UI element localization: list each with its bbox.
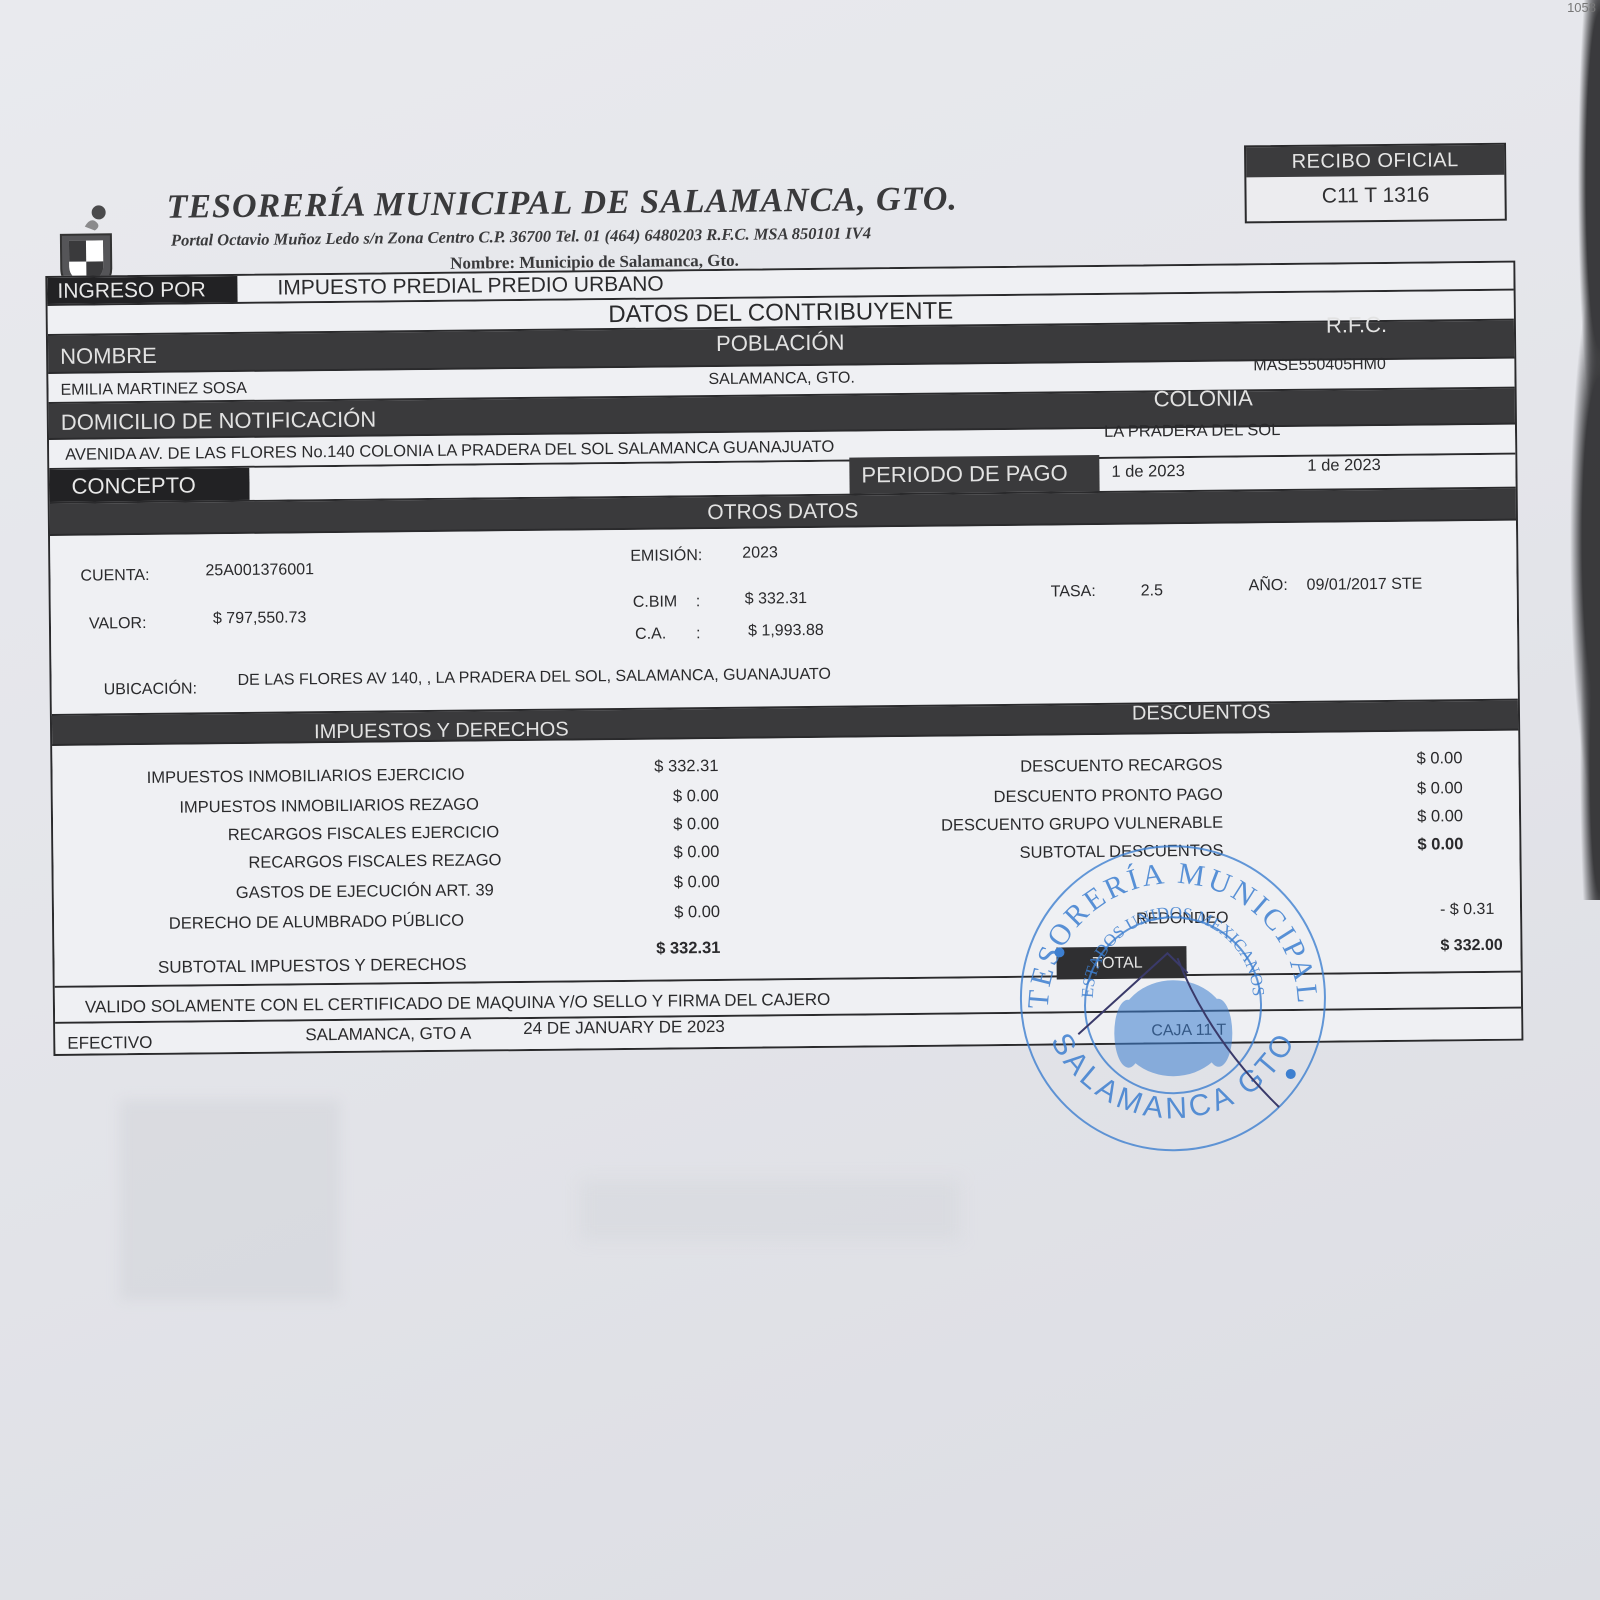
ingreso-label: INGRESO POR [47,276,237,304]
descuento-item-amount: $ 0.00 [1382,749,1462,769]
issuer-title: TESORERÍA MUNICIPAL DE SALAMANCA, GTO. [166,180,958,226]
ubicacion-value: DE LAS FLORES AV 140, , LA PRADERA DEL S… [237,666,831,690]
emision-label: EMISIÓN: [630,547,702,566]
descuento-item-amount: $ 0.00 [1383,807,1463,827]
nombre-value: EMILIA MARTINEZ SOSA [60,380,247,400]
bleed-through-text [580,1180,960,1240]
ca-colon: : [696,625,701,643]
corner-text: 1058 [1567,0,1596,15]
cbim-value: $ 332.31 [745,590,807,609]
receipt-number-label: RECIBO OFICIAL [1246,145,1504,178]
impuesto-item-amount: $ 0.00 [599,843,719,863]
poblacion-value: SALAMANCA, GTO. [708,370,855,390]
lugar: SALAMANCA, GTO A [305,1024,471,1046]
impuesto-item-label: RECARGOS FISCALES REZAGO [81,851,501,874]
redondeo-amount: - $ 0.31 [1440,901,1494,920]
descuento-item-label: DESCUENTO RECARGOS [902,756,1222,778]
toner-smudge [1540,0,1600,900]
impuesto-item-amount: $ 0.00 [600,873,720,893]
periodo-hasta: 1 de 2023 [1307,456,1381,476]
anio-value: 09/01/2017 STE [1307,576,1423,595]
emision-value: 2023 [742,544,778,562]
total-amount: $ 332.00 [1440,937,1502,956]
receipt-document: TESORERÍA MUNICIPAL DE SALAMANCA, GTO. P… [44,134,1544,1090]
validez-note: VALIDO SOLAMENTE CON EL CERTIFICADO DE M… [85,990,831,1018]
rfc-label: R.F.C. [1326,312,1387,339]
cuenta-value: 25A001376001 [205,561,314,580]
impuesto-item-amount: $ 0.00 [599,815,719,835]
redondeo-label: REDONDEO [1136,910,1229,929]
cuenta-label: CUENTA: [80,567,149,586]
caja: CAJA 11 T [1151,1022,1226,1041]
issuer-address: Portal Octavio Muñoz Ledo s/n Zona Centr… [171,223,871,250]
impuesto-item-amount: $ 0.00 [599,787,719,807]
cbim-colon: : [696,593,701,611]
impuestos-descuentos-section: SUBTOTAL IMPUESTOS Y DERECHOS $ 332.31 S… [52,731,1520,988]
ca-label: C.A. [635,626,666,644]
domicilio-label: DOMICILIO DE NOTIFICACIÓN [61,407,377,436]
periodo-label: PERIODO DE PAGO [849,455,1099,494]
receipt-photo: 1058 TESORERÍA MUNICIPAL DE SALAMANCA, G… [0,0,1600,1600]
subtotal-descuentos-label: SUBTOTAL DESCUENTOS [903,842,1223,864]
otros-datos-section: CUENTA: 25A001376001 VALOR: $ 797,550.73… [50,521,1518,716]
forma-pago: EFECTIVO [67,1033,152,1054]
impuesto-item-amount: $ 0.00 [600,903,720,923]
concepto-value [249,462,849,500]
descuento-item-label: DESCUENTO PRONTO PAGO [903,786,1223,808]
receipt-number: C11 T 1316 [1246,175,1504,218]
periodo-desde: 1 de 2023 [1111,462,1185,482]
fecha: 24 DE JANUARY DE 2023 [523,1017,725,1039]
cbim-label: C.BIM [633,593,678,611]
ca-value: $ 1,993.88 [748,622,824,641]
colonia-label: COLONIA [1154,385,1253,412]
descuento-item-amount: $ 0.00 [1383,779,1463,799]
ubicacion-label: UBICACIÓN: [104,680,198,699]
impuesto-item-label: DERECHO DE ALUMBRADO PÚBLICO [44,912,464,935]
bleed-through [120,1100,340,1300]
colonia-value: LA PRADERA DEL SOL [1104,421,1281,442]
impuesto-item-label: IMPUESTOS INMOBILIARIOS REZAGO [59,795,479,818]
receipt-form: INGRESO POR IMPUESTO PREDIAL PREDIO URBA… [45,261,1523,1056]
valor-value: $ 797,550.73 [213,609,307,628]
subtotal-descuentos-amount: $ 0.00 [1383,835,1463,855]
receipt-number-box: RECIBO OFICIAL C11 T 1316 [1244,143,1507,224]
subtotal-impuestos-amount: $ 332.31 [600,939,720,959]
impuesto-item-label: IMPUESTOS INMOBILIARIOS EJERCICIO [44,766,464,789]
poblacion-label: POBLACIÓN [716,330,845,357]
total-label: TOTAL [1056,946,1186,979]
valor-label: VALOR: [89,615,147,634]
domicilio-value: AVENIDA AV. DE LAS FLORES No.140 COLONIA… [65,438,834,465]
concepto-label: CONCEPTO [49,468,249,502]
impuesto-item-label: RECARGOS FISCALES EJERCICIO [79,823,499,846]
ingreso-value: IMPUESTO PREDIAL PREDIO URBANO [237,271,673,302]
rfc-value: MASE550405HM0 [1253,356,1386,375]
descuentos-title: DESCUENTOS [1132,697,1271,728]
tasa-value: 2.5 [1141,582,1163,600]
tasa-label: TASA: [1051,583,1096,601]
impuesto-item-label: GASTOS DE EJECUCIÓN ART. 39 [74,881,494,904]
impuesto-item-amount: $ 332.31 [598,757,718,777]
anio-label: AÑO: [1249,577,1288,595]
descuento-item-label: DESCUENTO GRUPO VULNERABLE [903,814,1223,836]
nombre-label: NOMBRE [60,343,157,370]
subtotal-impuestos-label: SUBTOTAL IMPUESTOS Y DERECHOS [46,955,466,979]
